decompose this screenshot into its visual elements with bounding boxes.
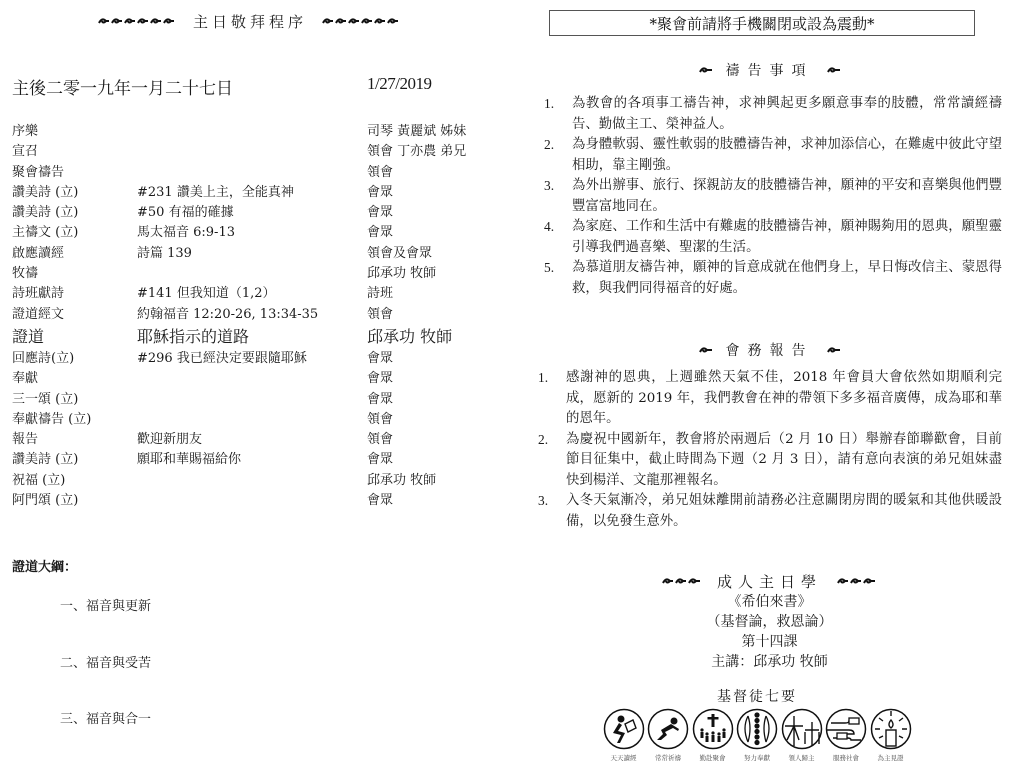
prayer-item: 2.為身體軟弱、靈性軟弱的肢體禱告神，求神加添信心，在難處中彼此守望相助，靠主剛…: [542, 135, 1002, 176]
sermon-outline-item: 一、福音與更新: [60, 595, 151, 614]
program-content: 願耶和華賜福給你: [137, 450, 241, 470]
program-person: 會眾: [367, 390, 393, 410]
report-title: 會務報告: [726, 340, 814, 360]
essential-item: 為主見證: [869, 708, 912, 762]
report-list: 1.感謝神的恩典，上週雖然天氣不佳，2018 年會員大會依然如期順利完成，愿新的…: [536, 368, 1002, 532]
program-item: 報告: [12, 430, 38, 450]
program-person: 領會 丁亦農 弟兄: [367, 142, 466, 162]
essential-item: 天天讀經: [602, 708, 645, 762]
item-text: 感謝神的恩典，上週雖然天氣不佳，2018 年會員大會依然如期順利完成，愿新的 2…: [566, 370, 1002, 426]
program-row: 啟應讀經詩篇 139領會及會眾: [12, 244, 492, 264]
prayer-item: 4.為家庭、工作和生活中有難處的肢體禱告神，願神賜夠用的恩典，願聖靈引導我們過喜…: [542, 217, 1002, 258]
prayer-item: 1.為教會的各項事工禱告神，求神興起更多願意事奉的肢體，常常讀經禱告、勤做主工、…: [542, 94, 1002, 135]
program-item: 奉獻禱告 (立): [12, 410, 91, 430]
sunday-school-speaker: 主講：邱承功 牧師: [530, 652, 1009, 672]
program-content: #50 有福的確據: [137, 203, 234, 223]
item-text: 入冬天氣漸冷，弟兄姐妹離開前請務必注意關閉房間的暖氣和其他供暖設備，以免發生意外…: [566, 493, 1002, 529]
prayer-section-header: 禱告事項: [530, 60, 1009, 80]
essential-label: 領人歸主: [789, 753, 815, 762]
sermon-outline-item: 二、福音與受苦: [60, 652, 151, 671]
program-content: 詩篇 139: [137, 244, 192, 264]
program-row: 奉獻禱告 (立)領會: [12, 410, 492, 430]
report-section-header: 會務報告: [530, 340, 1009, 360]
program-row: 報告歡迎新朋友領會: [12, 430, 492, 450]
scroll-ornament-icon: [826, 345, 842, 355]
sermon-outline-title: 證道大綱：: [12, 556, 77, 575]
item-number: 3.: [544, 176, 554, 197]
essential-item: 努力奉獻: [736, 708, 779, 762]
report-item: 1.感謝神的恩典，上週雖然天氣不佳，2018 年會員大會依然如期順利完成，愿新的…: [536, 368, 1002, 430]
prayer-list: 1.為教會的各項事工禱告神，求神興起更多願意事奉的肢體，常常讀經禱告、勤做主工、…: [542, 94, 1002, 299]
program-item: 讚美詩 (立): [12, 183, 78, 203]
program-person: 會眾: [367, 349, 393, 369]
program-row: 主禱文 (立)馬太福音 6:9-13會眾: [12, 223, 492, 243]
essential-item: 勤赴聚會: [691, 708, 734, 762]
praying-icon: [647, 708, 689, 750]
program-item: 證道經文: [12, 305, 64, 325]
leading-to-cross-icon: [781, 708, 823, 750]
essential-label: 服務社會: [833, 753, 859, 762]
program-row: 聚會禱告領會: [12, 163, 492, 183]
item-number: 2.: [538, 430, 548, 451]
program-row: 詩班獻詩#141 但我知道（1,2）詩班: [12, 284, 492, 304]
sermon-outline-item: 三、福音與合一: [60, 708, 151, 727]
scroll-ornament-icon: [661, 576, 703, 586]
item-number: 1.: [538, 368, 548, 389]
sermon-title: 耶穌指示的道路: [137, 325, 249, 349]
essential-item: 領人歸主: [780, 708, 823, 762]
program-row: 牧禱邱承功 牧師: [12, 264, 492, 284]
program-content: #231 讚美上主，全能真神: [137, 183, 294, 203]
program-item: 讚美詩 (立): [12, 450, 78, 470]
sunday-school-lesson: 第十四課: [530, 632, 1009, 652]
program-item: 讚美詩 (立): [12, 203, 78, 223]
program-item: 啟應讀經: [12, 244, 64, 264]
program-row: 讚美詩 (立)#231 讚美上主，全能真神會眾: [12, 183, 492, 203]
sunday-school-title: 成人主日學: [717, 571, 822, 592]
program-item: 宣召: [12, 142, 38, 162]
program-item: 三一頌 (立): [12, 390, 78, 410]
scroll-ornament-icon: [321, 16, 403, 26]
sunday-school-header: 成人主日學: [530, 570, 1009, 592]
program-item: 阿門頌 (立): [12, 491, 78, 511]
item-text: 為身體軟弱、靈性軟弱的肢體禱告神，求神加添信心，在難處中彼此守望相助，靠主剛強。: [572, 137, 1002, 173]
program-person: 會眾: [367, 450, 393, 470]
program-person: 領會: [367, 163, 393, 183]
program-row: 讚美詩 (立)#50 有福的確據會眾: [12, 203, 492, 223]
essential-item: 常常祈禱: [647, 708, 690, 762]
prayer-title: 禱告事項: [726, 60, 814, 80]
item-text: 為外出辦事、旅行、探親訪友的肢體禱告神，願神的平安和喜樂與他們豐豐富富地同在。: [572, 178, 1002, 214]
essential-label: 天天讀經: [611, 753, 637, 762]
program-person: 會眾: [367, 183, 393, 203]
program-title: 主日敬拜程序: [193, 11, 307, 32]
date-numeric: 1/27/2019: [367, 74, 431, 94]
worship-program-page: 主日敬拜程序 主後二零一九年一月二十七日 1/27/2019 序樂司琴 黃麗斌 …: [0, 0, 505, 768]
program-item: 奉獻: [12, 369, 38, 389]
program-row: 奉獻會眾: [12, 369, 492, 389]
report-item: 2.為慶祝中國新年，教會將於兩週后（2 月 10 日）舉辦春節聯歡會，目前節目征…: [536, 430, 1002, 492]
program-person: 領會: [367, 305, 393, 325]
announcements-page: *聚會前請將手機關閉或設為震動* 禱告事項 1.為教會的各項事工禱告神，求神興起…: [530, 0, 1009, 768]
program-person: 領會及會眾: [367, 244, 432, 264]
program-person: 領會: [367, 410, 393, 430]
essential-label: 常常祈禱: [655, 753, 681, 762]
prayer-item: 5.為慕道朋友禱告神，願神的旨意成就在他們身上，早日悔改信主、蒙恩得救，與我們同…: [542, 258, 1002, 299]
item-text: 為慶祝中國新年，教會將於兩週后（2 月 10 日）舉辦春節聯歡會，目前節目征集中…: [566, 432, 1002, 488]
program-row: 證道經文約翰福音 12:20-26, 13:34-35領會: [12, 305, 492, 325]
program-content: 馬太福音 6:9-13: [137, 223, 235, 243]
program-row: 序樂司琴 黃麗斌 姊妹: [12, 122, 492, 142]
scroll-ornament-icon: [698, 65, 714, 75]
item-number: 4.: [544, 217, 554, 238]
sunday-school-subtitle: （基督論，救恩論）: [530, 612, 1009, 632]
item-number: 3.: [538, 491, 548, 512]
essential-label: 勤赴聚會: [700, 753, 726, 762]
essential-label: 為主見證: [878, 753, 904, 762]
program-person: 會眾: [367, 491, 393, 511]
item-number: 5.: [544, 258, 554, 279]
essential-item: 服務社會: [825, 708, 868, 762]
program-person: 會眾: [367, 369, 393, 389]
seven-essentials-icons: 天天讀經 常常祈禱 勤赴聚會: [602, 708, 912, 762]
sermon-row: 證道耶穌指示的道路邱承功 牧師: [12, 325, 492, 349]
sunday-school-book: 《希伯來書》: [530, 592, 1009, 612]
prayer-item: 3.為外出辦事、旅行、探親訪友的肢體禱告神，願神的平安和喜樂與他們豐豐富富地同在…: [542, 176, 1002, 217]
program-content: 歡迎新朋友: [137, 430, 202, 450]
seven-essentials: 基督徒七要 天天讀經 常常祈禱: [602, 688, 912, 762]
program-item: 詩班獻詩: [12, 284, 64, 304]
program-row: 阿門頌 (立)會眾: [12, 491, 492, 511]
program-item: 牧禱: [12, 264, 38, 284]
program-person: 司琴 黃麗斌 姊妹: [367, 122, 466, 142]
item-number: 1.: [544, 94, 554, 115]
scroll-ornament-icon: [698, 345, 714, 355]
program-person: 會眾: [367, 203, 393, 223]
program-header: 主日敬拜程序: [80, 8, 420, 34]
program-content: 約翰福音 12:20-26, 13:34-35: [137, 305, 318, 325]
program-row: 讚美詩 (立)願耶和華賜福給你會眾: [12, 450, 492, 470]
fish-offering-icon: [736, 708, 778, 750]
program-person: 會眾: [367, 223, 393, 243]
scroll-ornament-icon: [826, 65, 842, 75]
gathering-cross-icon: [692, 708, 734, 750]
program-person: 詩班: [367, 284, 393, 304]
phone-notice: *聚會前請將手機關閉或設為震動*: [549, 10, 975, 36]
essential-label: 努力奉獻: [744, 753, 770, 762]
order-of-worship: 序樂司琴 黃麗斌 姊妹 宣召領會 丁亦農 弟兄 聚會禱告領會 讚美詩 (立)#2…: [12, 122, 492, 511]
item-number: 2.: [544, 135, 554, 156]
program-row: 祝福 (立)邱承功 牧師: [12, 471, 492, 491]
program-item: 主禱文 (立): [12, 223, 78, 243]
program-item: 祝福 (立): [12, 471, 65, 491]
program-item: 聚會禱告: [12, 163, 64, 183]
adult-sunday-school: 成人主日學 《希伯來書》 （基督論，救恩論） 第十四課 主講：邱承功 牧師: [530, 570, 1009, 672]
program-person: 邱承功 牧師: [367, 264, 436, 284]
program-row: 宣召領會 丁亦農 弟兄: [12, 142, 492, 162]
program-person: 邱承功 牧師: [367, 471, 436, 491]
candle-light-icon: [870, 708, 912, 750]
date-chinese: 主後二零一九年一月二十七日: [12, 74, 233, 99]
program-person: 領會: [367, 430, 393, 450]
item-text: 為教會的各項事工禱告神，求神興起更多願意事奉的肢體，常常讀經禱告、勤做主工、榮神…: [572, 96, 1002, 132]
report-item: 3.入冬天氣漸冷，弟兄姐妹離開前請務必注意關閉房間的暖氣和其他供暖設備，以免發生…: [536, 491, 1002, 532]
program-row: 三一頌 (立)會眾: [12, 390, 492, 410]
item-text: 為慕道朋友禱告神，願神的旨意成就在他們身上，早日悔改信主、蒙恩得救，與我們同得福…: [572, 260, 1002, 296]
seven-essentials-title: 基督徒七要: [602, 688, 912, 706]
program-item: 序樂: [12, 122, 38, 142]
reading-bible-icon: [603, 708, 645, 750]
program-person: 邱承功 牧師: [367, 325, 452, 349]
scroll-ornament-icon: [97, 16, 179, 26]
item-text: 為家庭、工作和生活中有難處的肢體禱告神，願神賜夠用的恩典，願聖靈引導我們過喜樂、…: [572, 219, 1002, 255]
program-content: #296 我已經決定要跟隨耶穌: [137, 349, 307, 369]
serving-hands-icon: [825, 708, 867, 750]
program-item: 證道: [12, 325, 44, 349]
program-row: 回應詩(立)#296 我已經決定要跟隨耶穌會眾: [12, 349, 492, 369]
program-content: #141 但我知道（1,2）: [137, 284, 276, 304]
scroll-ornament-icon: [836, 576, 878, 586]
program-item: 回應詩(立): [12, 349, 74, 369]
